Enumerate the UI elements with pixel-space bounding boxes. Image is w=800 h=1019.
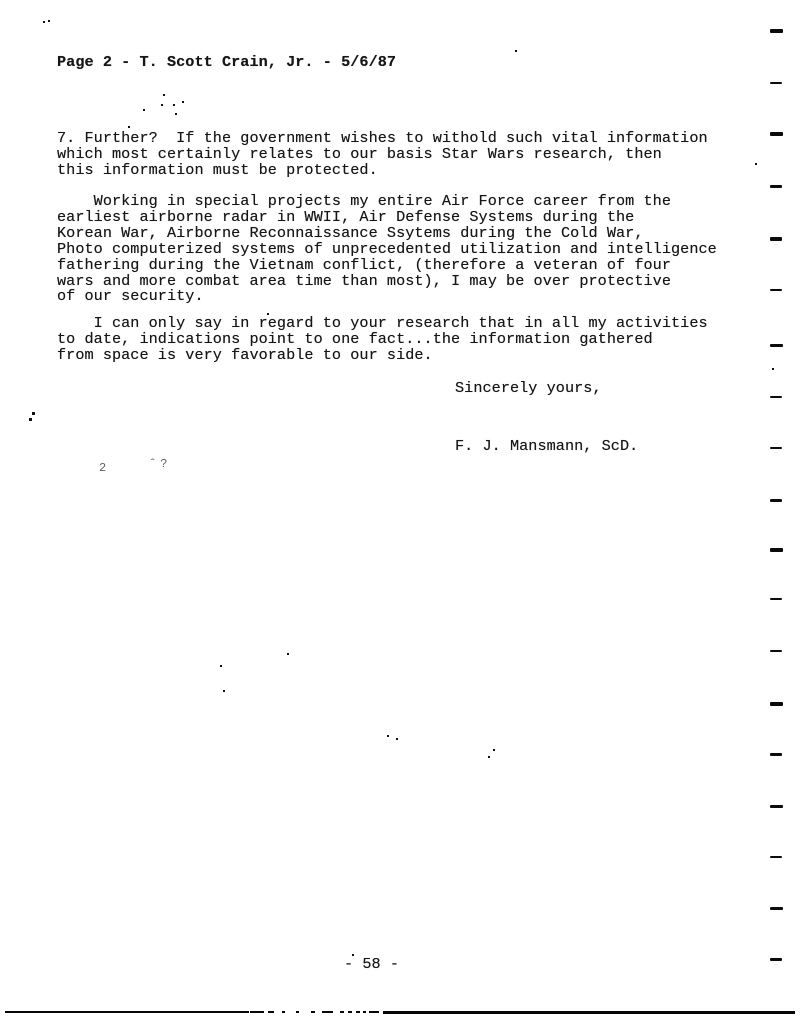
scan-speck (32, 412, 35, 415)
scan-speck (223, 690, 225, 692)
margin-tick (770, 289, 782, 291)
scan-speck (43, 21, 45, 23)
bottom-line-segment (296, 1011, 299, 1013)
bottom-line-segment (5, 1011, 249, 1013)
scan-speck (396, 738, 398, 740)
scan-speck (515, 50, 517, 52)
margin-tick (770, 185, 782, 188)
margin-tick (770, 447, 782, 449)
bottom-line-segment (383, 1011, 795, 1014)
bottom-line-segment (282, 1011, 285, 1013)
scan-speck (143, 109, 145, 111)
margin-tick (770, 958, 782, 961)
margin-tick (770, 237, 782, 241)
scan-speck (493, 749, 495, 751)
margin-tick (770, 598, 782, 600)
scan-speck (48, 20, 50, 22)
scan-speck (161, 104, 163, 106)
margin-tick (770, 753, 782, 756)
margin-tick (770, 499, 782, 502)
bottom-line-segment (369, 1011, 379, 1013)
bottom-line-segment (340, 1011, 344, 1013)
margin-tick (770, 548, 783, 552)
closing-salutation: Sincerely yours, (455, 381, 602, 397)
scanned-letter-page: Page 2 - T. Scott Crain, Jr. - 5/6/87 7.… (0, 0, 800, 1019)
bottom-line-segment (356, 1011, 360, 1013)
margin-tick (770, 856, 782, 858)
paragraph-point-7: 7. Further? If the government wishes to … (57, 131, 708, 179)
scan-speck (488, 756, 490, 758)
scan-speck (287, 653, 289, 655)
page-number: - 58 - (344, 957, 399, 973)
scan-speck (267, 313, 269, 315)
margin-tick (770, 29, 783, 33)
scan-speck (220, 665, 222, 667)
scan-speck (387, 735, 389, 737)
scan-speck (182, 101, 184, 103)
scan-speck (163, 94, 165, 96)
bottom-line-segment (322, 1011, 333, 1013)
margin-tick (770, 344, 783, 347)
margin-tick (770, 805, 783, 808)
scan-speck (772, 368, 774, 370)
paragraph-career: Working in special projects my entire Ai… (57, 194, 717, 305)
pencil-mark-right: ˆ? (149, 457, 171, 471)
bottom-line-segment (363, 1011, 366, 1013)
signature-name: F. J. Mansmann, ScD. (455, 439, 638, 455)
scan-speck (29, 418, 32, 421)
margin-tick (770, 650, 782, 652)
pencil-mark-left: 2 (99, 461, 110, 475)
scan-speck (173, 104, 175, 106)
bottom-line-segment (348, 1011, 352, 1013)
scan-speck (755, 163, 757, 165)
margin-tick (770, 702, 783, 706)
scan-speck (128, 126, 130, 128)
margin-tick (770, 907, 783, 910)
page-header: Page 2 - T. Scott Crain, Jr. - 5/6/87 (57, 55, 396, 71)
bottom-line-segment (268, 1011, 274, 1013)
paragraph-conclusion: I can only say in regard to your researc… (57, 316, 708, 364)
scan-speck (175, 113, 177, 115)
bottom-line-segment (311, 1011, 315, 1013)
scan-speck (352, 954, 354, 956)
margin-tick (770, 82, 782, 84)
margin-tick (770, 132, 783, 136)
margin-tick (770, 396, 782, 398)
bottom-line-segment (250, 1011, 264, 1013)
